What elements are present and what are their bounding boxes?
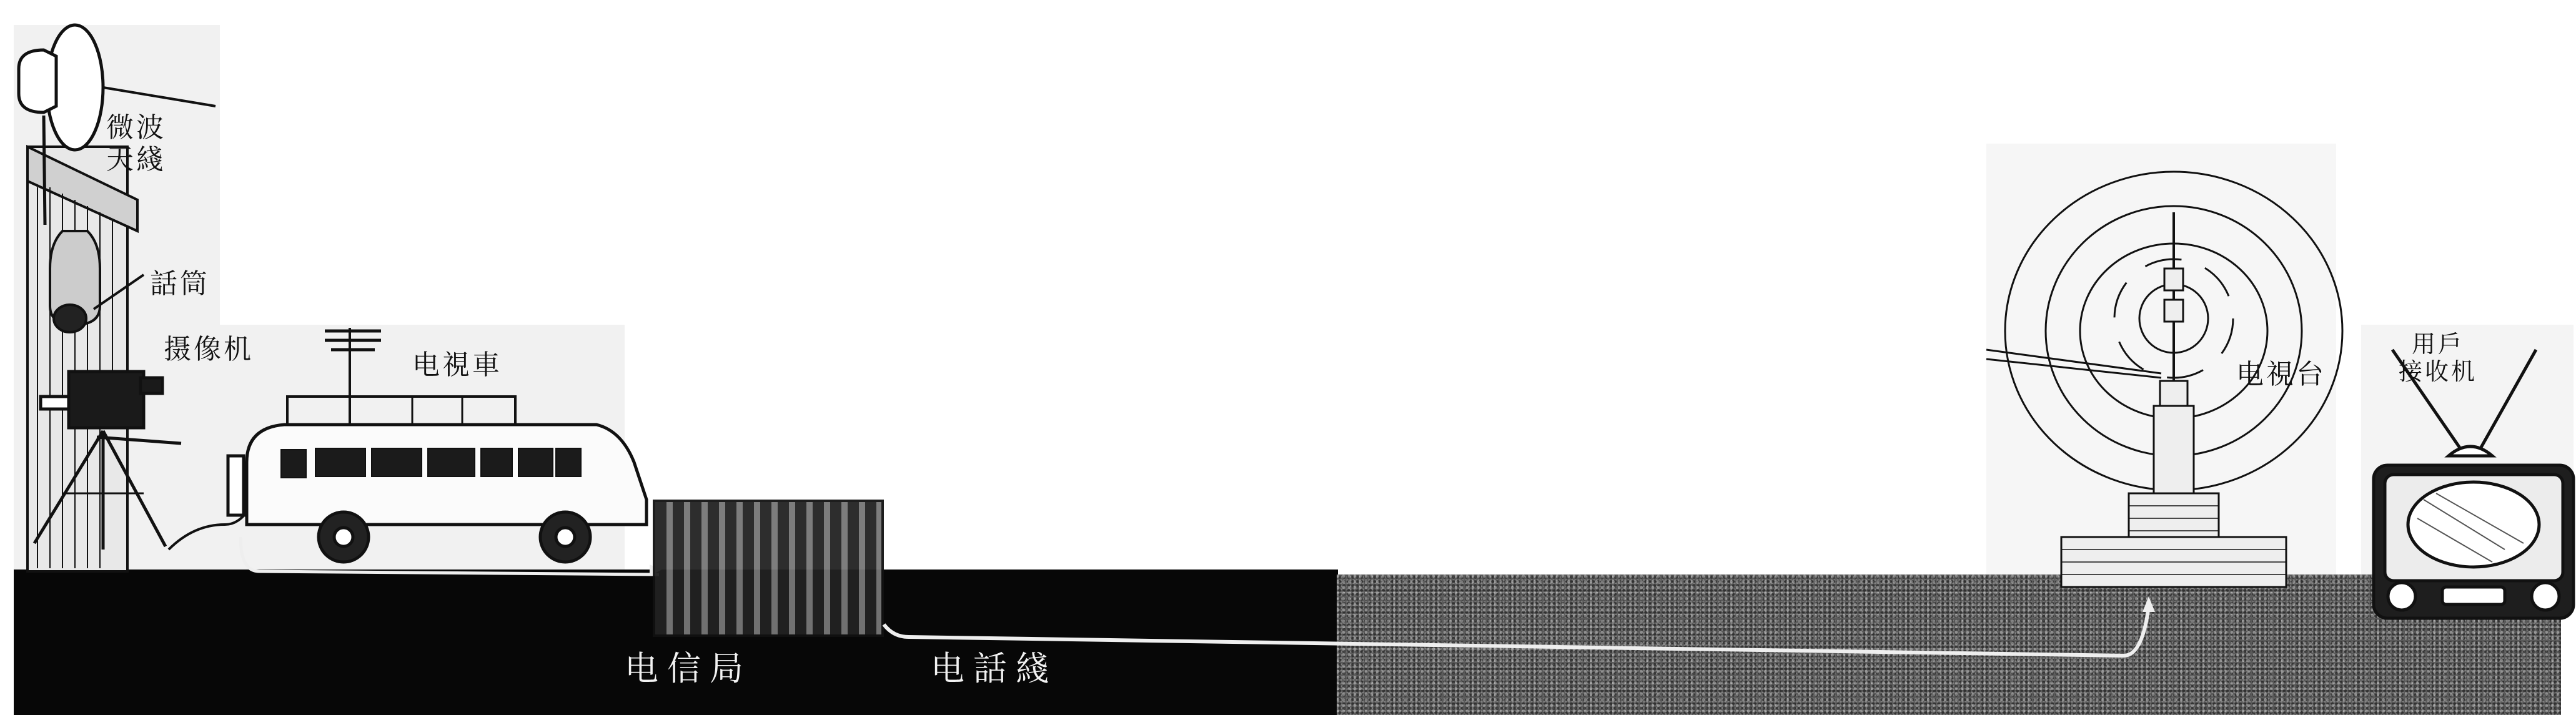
label-telephone-line: 电話綫 [931, 649, 1058, 688]
microphone-icon [50, 231, 144, 332]
left-illustration [0, 0, 687, 715]
tv-tower-icon [2061, 212, 2286, 587]
label-telecom-office: 电信局 [625, 649, 752, 688]
telecom-building-icon [653, 500, 884, 637]
label-tv-station: 电視台 [2236, 359, 2326, 391]
label-home-receiver-line2: 接收机 [2399, 358, 2477, 386]
label-microwave-antenna-line1: 微波 [106, 112, 166, 144]
label-microwave-antenna-line2: 天綫 [106, 144, 166, 176]
label-tv-van: 电視車 [412, 350, 502, 382]
label-camera: 摄像机 [164, 334, 254, 366]
label-home-receiver: 用戶 接收机 [2399, 331, 2477, 385]
label-home-receiver-line1: 用戶 [2399, 331, 2477, 358]
label-microphone: 話筒 [150, 269, 210, 300]
label-microwave-antenna: 微波 天綫 [106, 112, 166, 175]
signal-line-van-to-telecom [240, 537, 659, 574]
